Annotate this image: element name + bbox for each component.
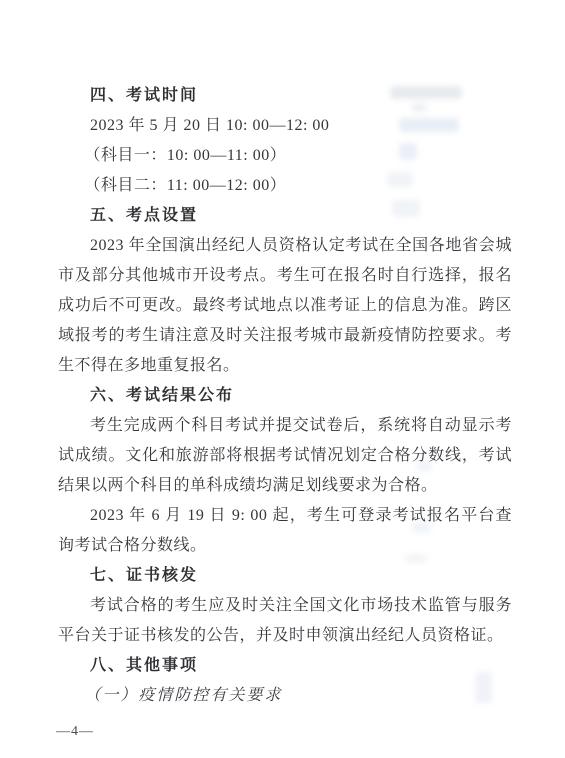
page-number: —4— bbox=[56, 723, 94, 741]
line-subject-two-time: （科目二：11: 00—12: 00） bbox=[58, 171, 512, 201]
scanned-document-page: 四、考试时间 2023 年 5 月 20 日 10: 00—12: 00 （科目… bbox=[0, 0, 565, 758]
line-subject-one-time: （科目一：10: 00—11: 00） bbox=[58, 141, 512, 171]
paragraph-results-display: 考生完成两个科目考试并提交试卷后，系统将自动显示考试成绩。文化和旅游部将根据考试… bbox=[58, 411, 512, 501]
paragraph-certificate: 考试合格的考生应及时关注全国文化市场技术监管与服务平台关于证书核发的公告，并及时… bbox=[58, 591, 512, 651]
line-epidemic-requirements: （一）疫情防控有关要求 bbox=[58, 681, 512, 711]
heading-other-matters: 八、其他事项 bbox=[58, 651, 512, 681]
document-body: 四、考试时间 2023 年 5 月 20 日 10: 00—12: 00 （科目… bbox=[58, 81, 512, 711]
paragraph-exam-sites: 2023 年全国演出经纪人员资格认定考试在全国各地省会城市及部分其他城市开设考点… bbox=[58, 231, 512, 381]
line-exam-date: 2023 年 5 月 20 日 10: 00—12: 00 bbox=[58, 111, 512, 141]
heading-exam-sites: 五、考点设置 bbox=[58, 201, 512, 231]
heading-results-announcement: 六、考试结果公布 bbox=[58, 381, 512, 411]
heading-certificate-issuance: 七、证书核发 bbox=[58, 561, 512, 591]
heading-exam-time: 四、考试时间 bbox=[58, 81, 512, 111]
paragraph-score-query: 2023 年 6 月 19 日 9: 00 起，考生可登录考试报名平台查询考试合… bbox=[58, 501, 512, 561]
